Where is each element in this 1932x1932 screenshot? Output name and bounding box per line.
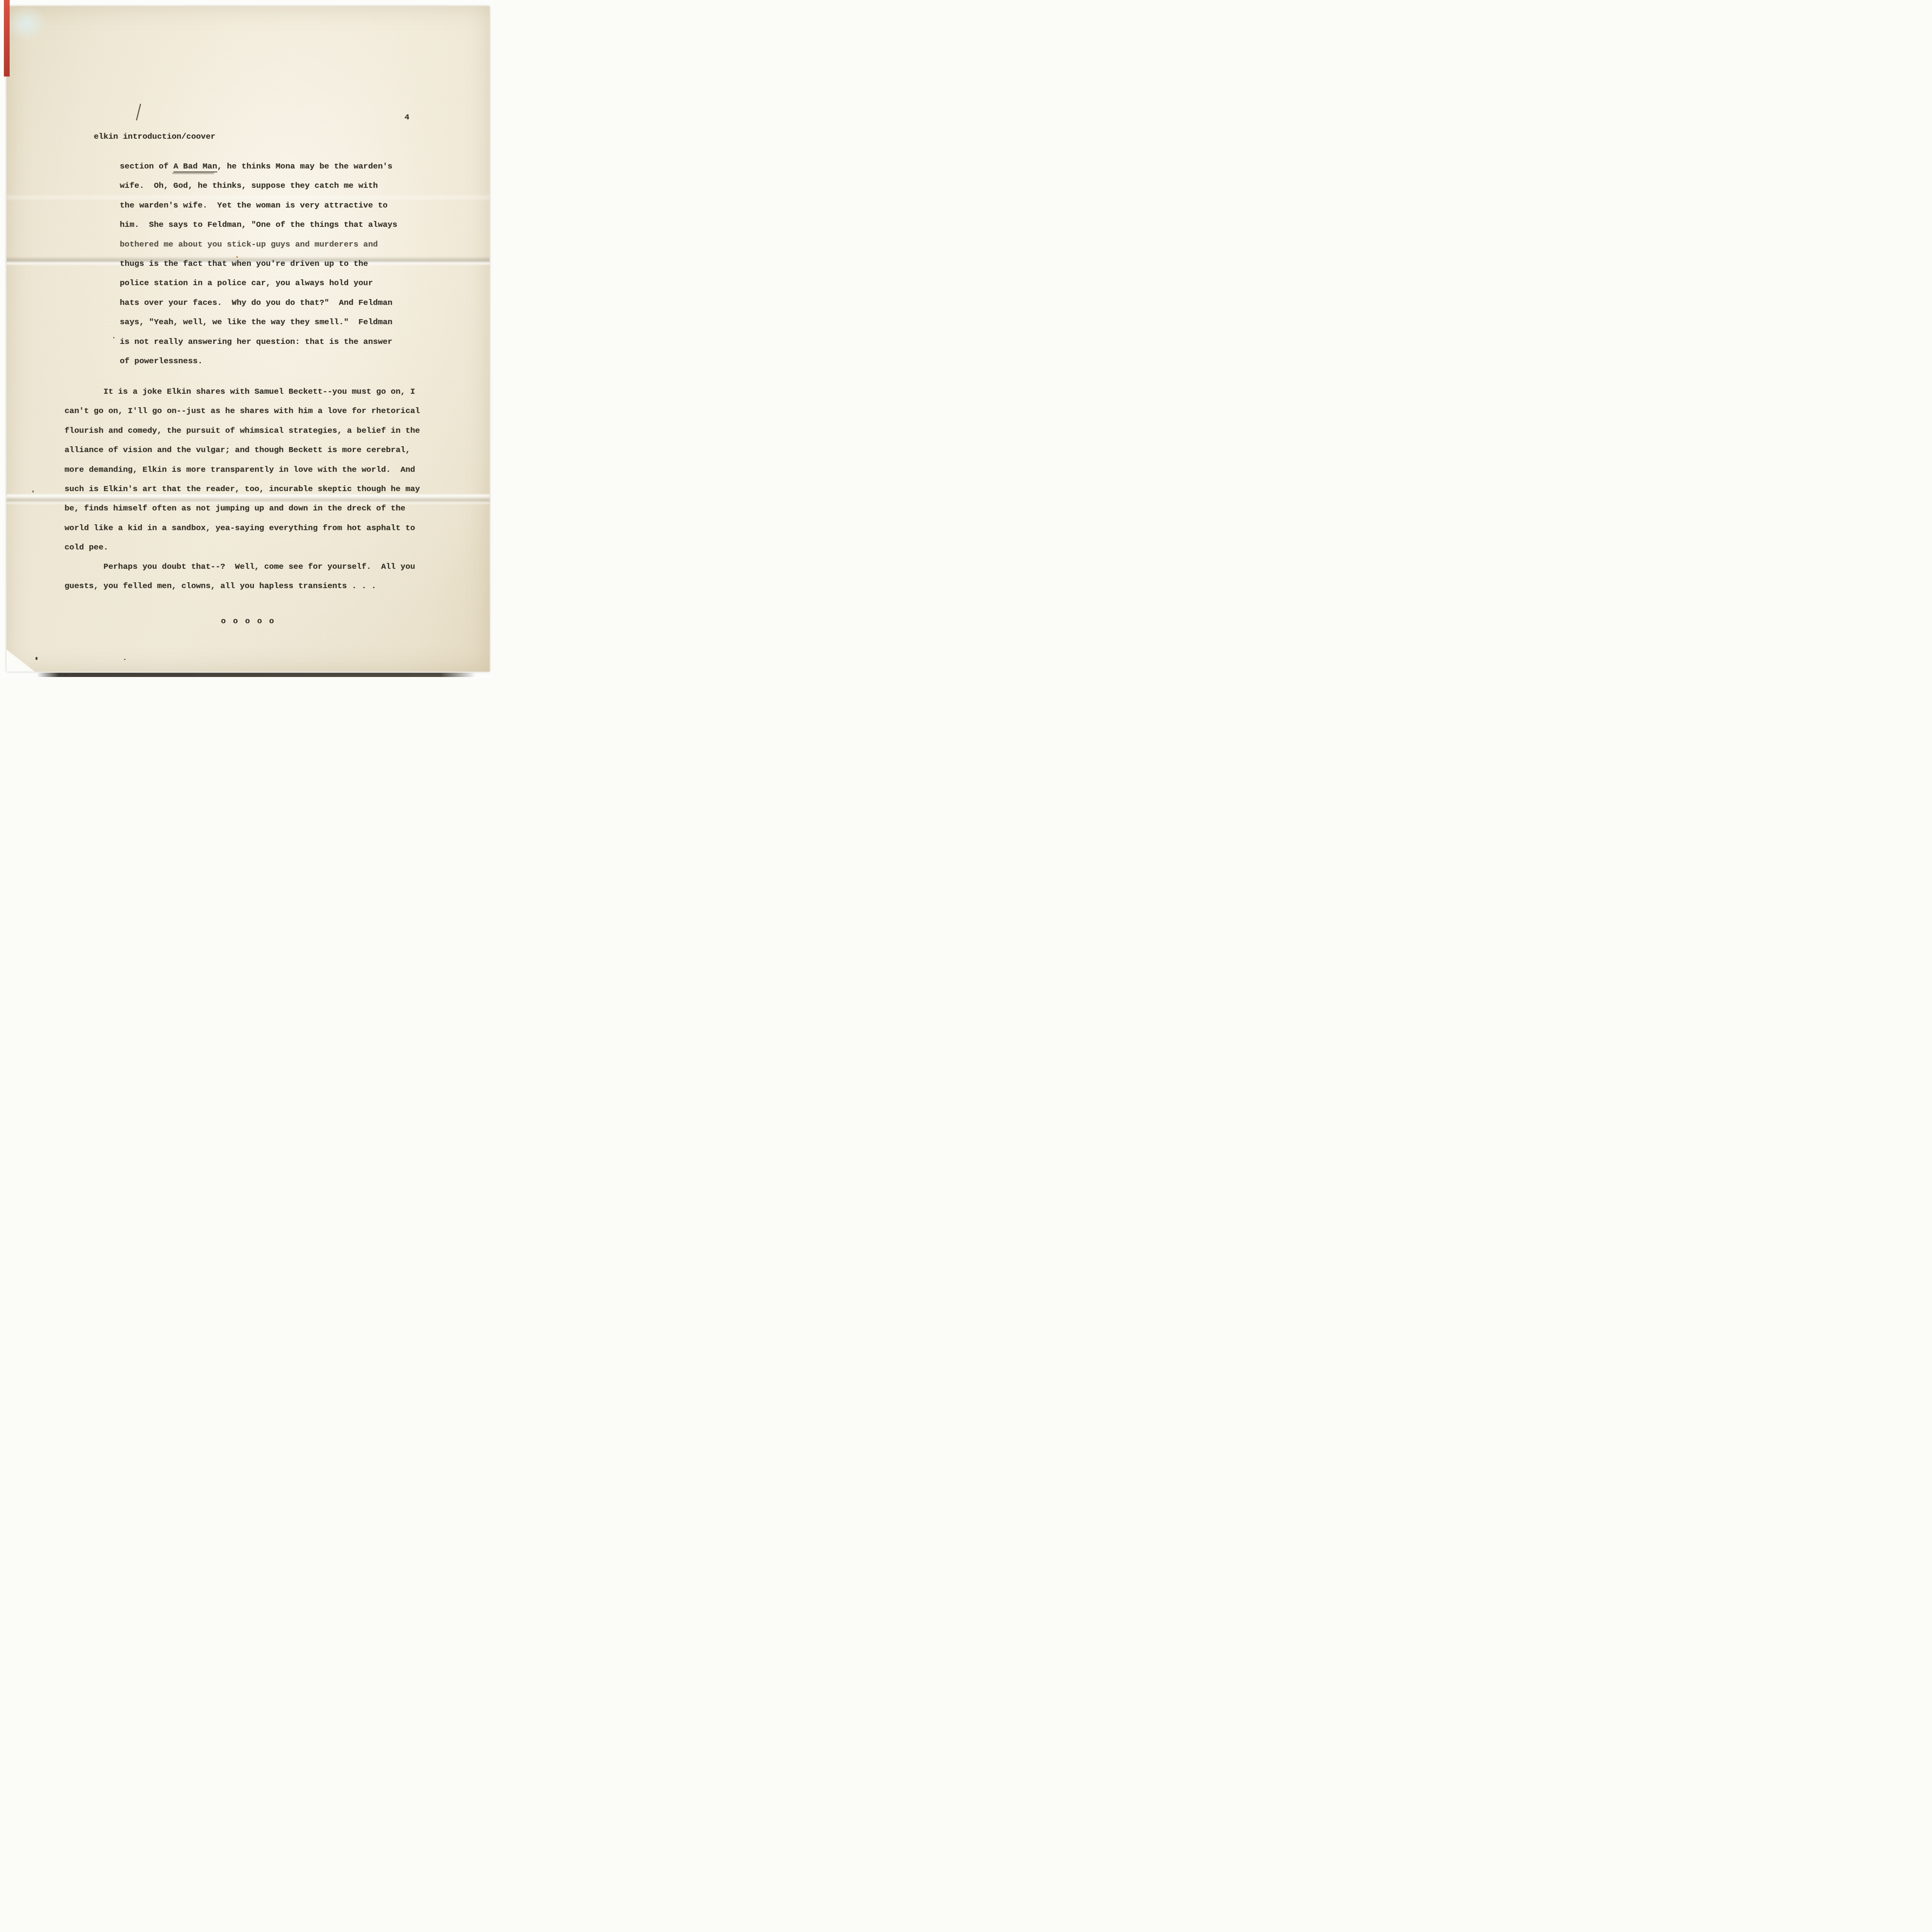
scan-edge-red-artifact: [4, 0, 10, 77]
quote-line: police station in a police car, you alwa…: [120, 274, 421, 293]
body-line: It is a joke Elkin shares with Samuel Be…: [65, 383, 435, 402]
quote-line: the warden's wife. Yet the woman is very…: [120, 196, 421, 216]
paragraph: Perhaps you doubt that--? Well, come see…: [65, 558, 435, 597]
quote-line: of powerlessness.: [120, 352, 421, 371]
quote-lines: wife. Oh, God, he thinks, suppose they c…: [120, 177, 421, 371]
ink-speck: [32, 490, 34, 493]
book-title-underlined: A Bad Man: [173, 162, 217, 172]
block-quote: section of A Bad Man, he thinks Mona may…: [120, 157, 421, 371]
body-line: more demanding, Elkin is more transparen…: [65, 461, 435, 480]
quote-text: section of: [120, 162, 173, 171]
body-line: alliance of vision and the vulgar; and t…: [65, 441, 435, 460]
quote-line: bothered me about you stick-up guys and …: [120, 235, 421, 255]
running-title: elkin introduction/coover: [94, 133, 216, 141]
ink-speck: [113, 337, 114, 338]
body-line: can't go on, I'll go on--just as he shar…: [65, 402, 435, 421]
quote-line: section of A Bad Man, he thinks Mona may…: [120, 157, 421, 177]
paragraph-lines: It is a joke Elkin shares with Samuel Be…: [65, 383, 435, 558]
quote-line: hats over your faces. Why do you do that…: [120, 294, 421, 313]
page-number: 4: [405, 108, 410, 128]
body-line: guests, you felled men, clowns, all you …: [65, 577, 435, 596]
body-line: cold pee.: [65, 538, 435, 558]
quote-line: thugs is the fact that when you're drive…: [120, 255, 421, 274]
quote-line: him. She says to Feldman, "One of the th…: [120, 216, 421, 235]
section-separator: o o o o o: [7, 612, 490, 631]
body-line: Perhaps you doubt that--? Well, come see…: [65, 558, 435, 577]
manuscript-page: elkin introduction/coover 4 section of A…: [7, 6, 490, 672]
scanned-document: elkin introduction/coover 4 section of A…: [0, 0, 493, 678]
body-line: be, finds himself often as not jumping u…: [65, 499, 435, 519]
paragraph: It is a joke Elkin shares with Samuel Be…: [65, 383, 435, 558]
ink-speck: [36, 657, 37, 660]
corner-fold: [7, 635, 57, 672]
quote-line: wife. Oh, God, he thinks, suppose they c…: [120, 177, 421, 196]
quote-line: says, "Yeah, well, we like the way they …: [120, 313, 421, 332]
body-line: world like a kid in a sandbox, yea-sayin…: [65, 519, 435, 538]
body-line: flourish and comedy, the pursuit of whim…: [65, 422, 435, 441]
page-header: elkin introduction/coover 4: [65, 108, 482, 128]
quote-text: , he thinks Mona may be the warden's: [217, 162, 393, 171]
paragraph-lines: Perhaps you doubt that--? Well, come see…: [65, 558, 435, 597]
quote-line: is not really answering her question: th…: [120, 333, 421, 352]
scan-edge-shadow: [37, 673, 476, 677]
body-line: such is Elkin's art that the reader, too…: [65, 480, 435, 499]
scan-tint-artifact: [7, 6, 65, 56]
ink-speck: [124, 659, 126, 660]
